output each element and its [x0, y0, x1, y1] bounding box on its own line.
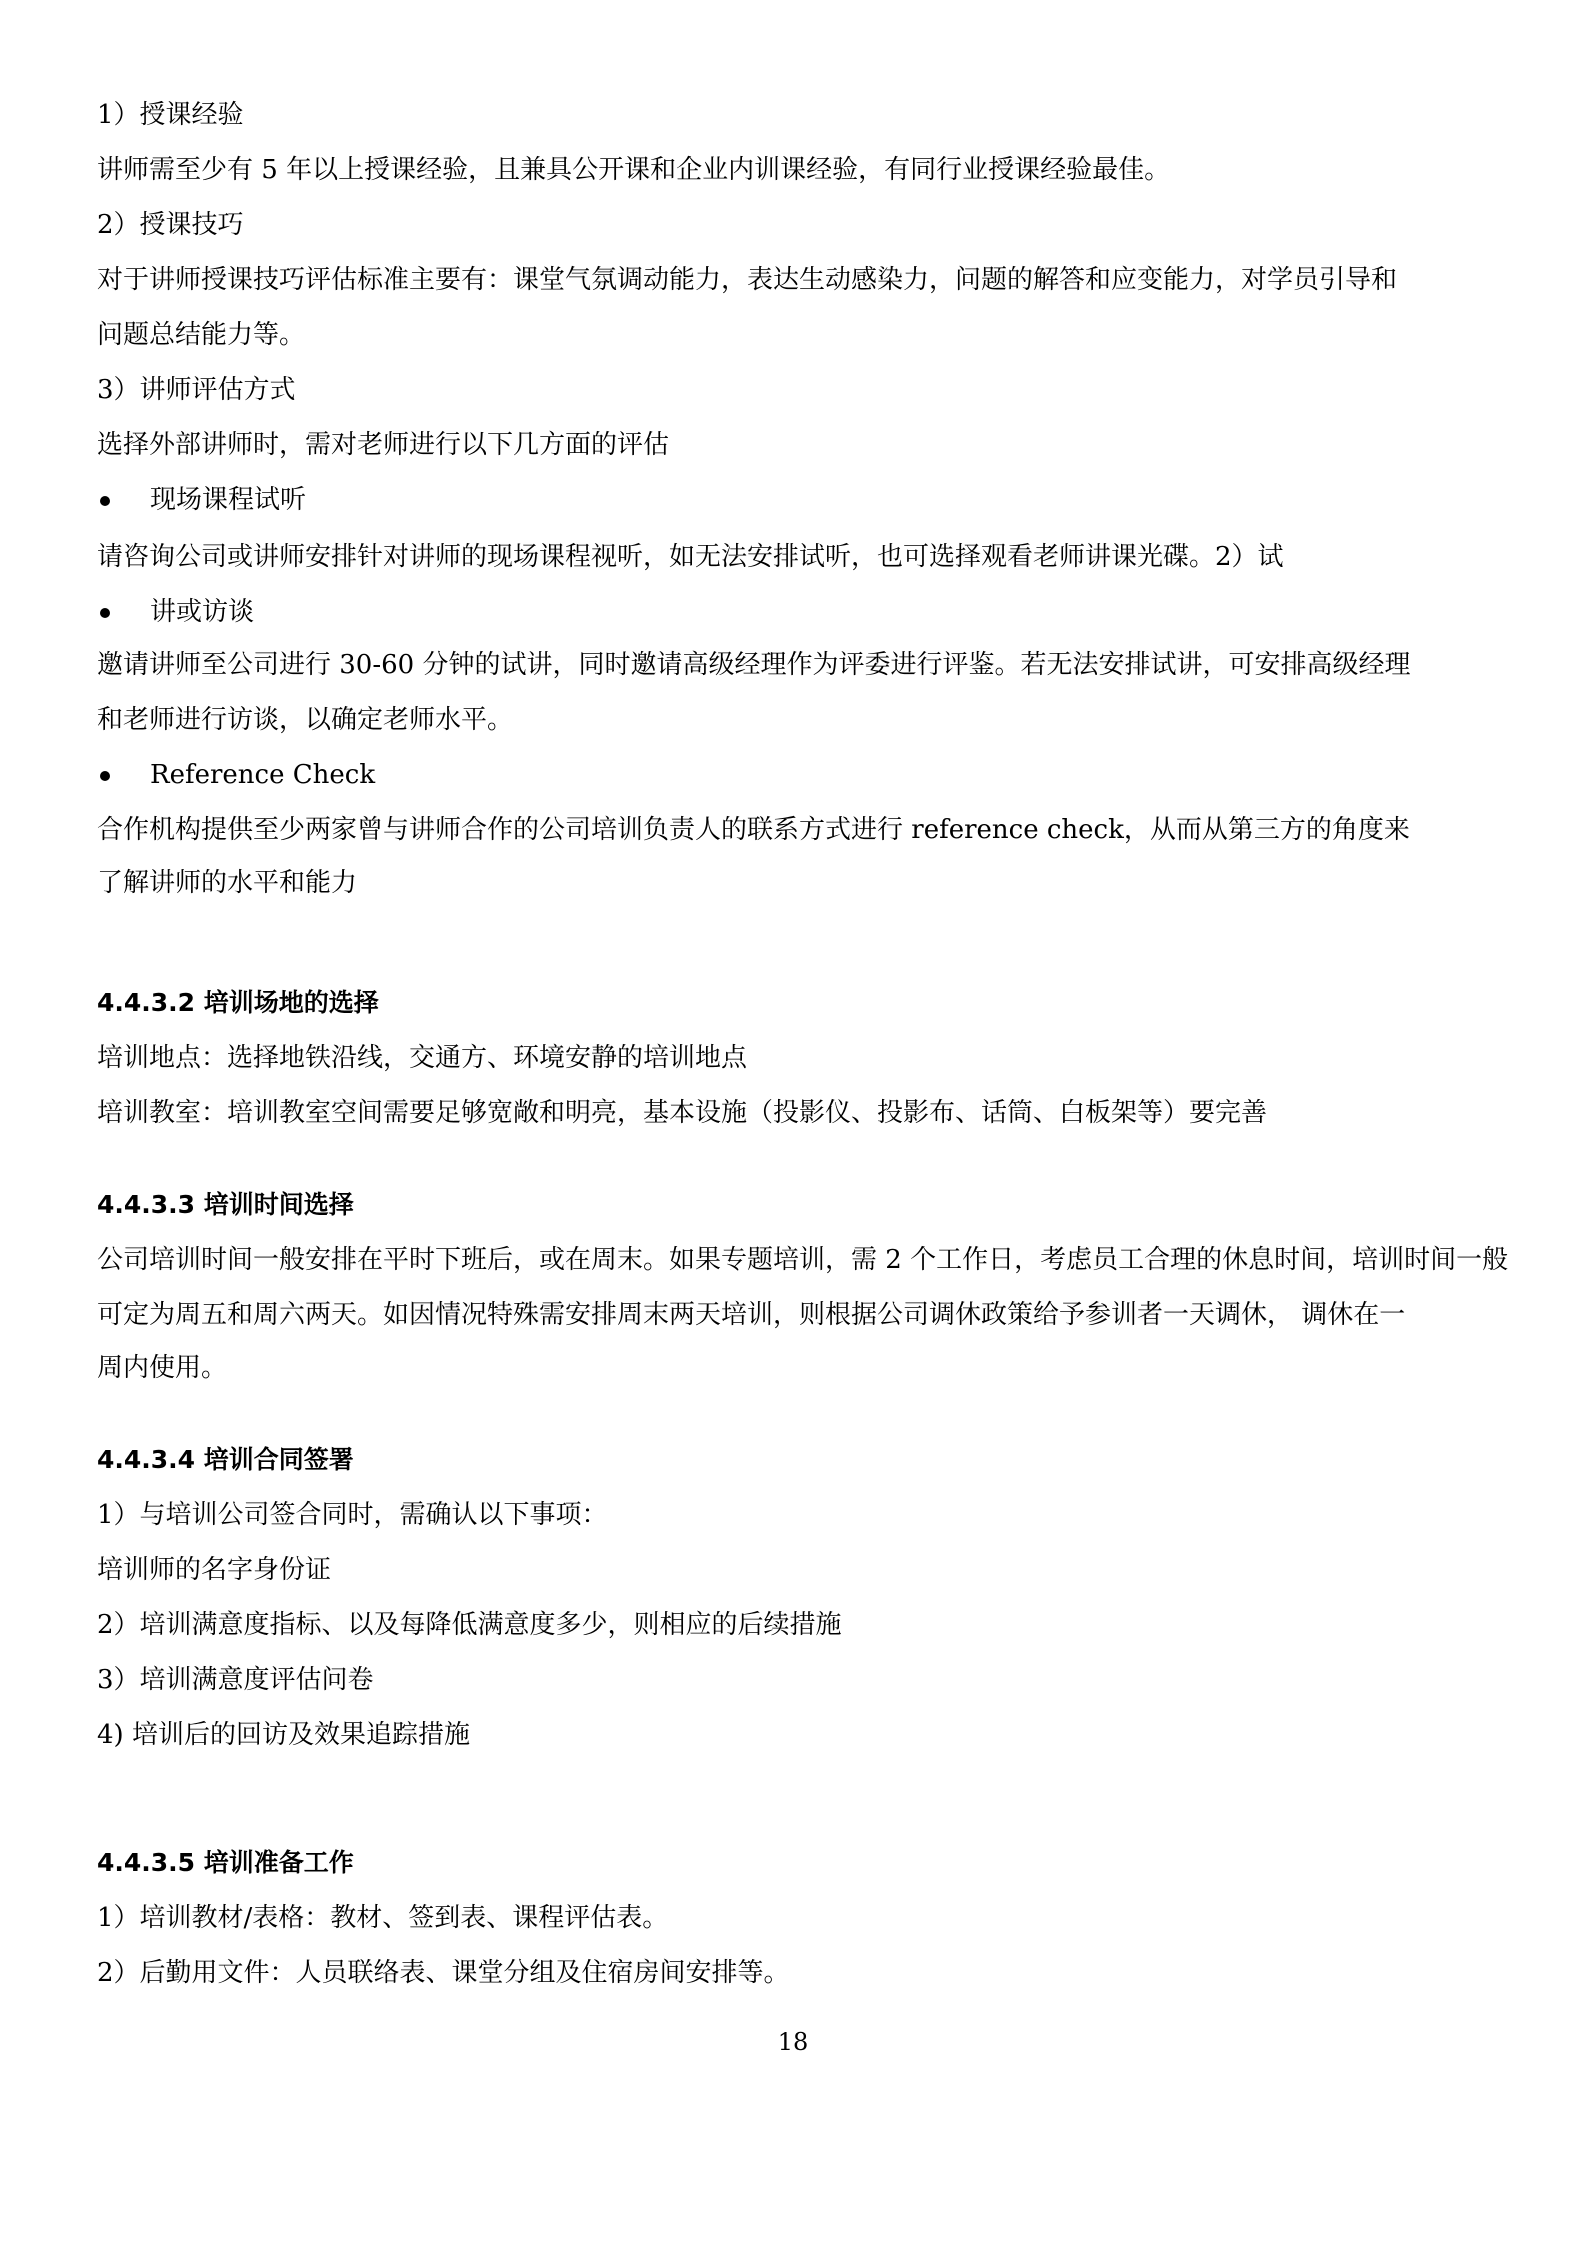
body-text-line: 3）培训满意度评估问卷: [97, 1663, 374, 1697]
bullet-icon: [100, 608, 110, 618]
body-text-line: 培训地点：选择地铁沿线，交通方、环境安静的培训地点: [97, 1041, 747, 1075]
body-text-line: 选择外部讲师时，需对老师进行以下几方面的评估: [97, 428, 669, 462]
body-text-line: 公司培训时间一般安排在平时下班后，或在周末。如果专题培训，需 2 个工作日，考虑…: [97, 1243, 1508, 1277]
bullet-text: 现场课程试听: [150, 485, 306, 515]
bullet-icon: [100, 496, 110, 506]
body-text-line: 问题总结能力等。: [97, 318, 305, 352]
body-text-line: 对于讲师授课技巧评估标准主要有：课堂气氛调动能力，表达生动感染力，问题的解答和应…: [97, 263, 1397, 297]
bullet-text: Reference Check: [150, 760, 375, 790]
page-number: 18: [0, 2027, 1586, 2057]
body-text-line: 2）培训满意度指标、以及每降低满意度多少，则相应的后续措施: [97, 1608, 842, 1642]
body-text-line: 邀请讲师至公司进行 30-60 分钟的试讲，同时邀请高级经理作为评委进行评鉴。若…: [97, 648, 1410, 682]
body-text-line: 1）培训教材/表格：教材、签到表、课程评估表。: [97, 1901, 668, 1935]
body-text-line: 合作机构提供至少两家曾与讲师合作的公司培训负责人的联系方式进行 referenc…: [97, 813, 1410, 847]
section-heading: 4.4.3.4 培训合同签署: [97, 1443, 354, 1477]
body-text-line: 1）与培训公司签合同时，需确认以下事项：: [97, 1498, 608, 1532]
body-text-line: 2）后勤用文件：人员联络表、课堂分组及住宿房间安排等。: [97, 1956, 790, 1990]
body-text-line: 了解讲师的水平和能力: [97, 866, 357, 900]
bullet-item: 讲或访谈: [97, 595, 254, 629]
body-text-line: 2）授课技巧: [97, 208, 244, 242]
section-heading: 4.4.3.3 培训时间选择: [97, 1188, 354, 1222]
body-text-line: 周内使用。: [97, 1351, 227, 1385]
body-text-line: 4) 培训后的回访及效果追踪措施: [97, 1718, 470, 1752]
body-text-line: 可定为周五和周六两天。如因情况特殊需安排周末两天培训，则根据公司调休政策给予参训…: [97, 1298, 1405, 1332]
section-heading: 4.4.3.5 培训准备工作: [97, 1846, 354, 1880]
bullet-item: 现场课程试听: [97, 483, 306, 517]
bullet-text: 讲或访谈: [150, 597, 254, 627]
body-text-line: 和老师进行访谈，以确定老师水平。: [97, 703, 513, 737]
bullet-icon: [100, 771, 110, 781]
section-heading: 4.4.3.2 培训场地的选择: [97, 986, 379, 1020]
body-text-line: 讲师需至少有 5 年以上授课经验，且兼具公开课和企业内训课经验，有同行业授课经验…: [97, 153, 1170, 187]
body-text-line: 请咨询公司或讲师安排针对讲师的现场课程视听，如无法安排试听，也可选择观看老师讲课…: [97, 540, 1284, 574]
body-text-line: 培训教室：培训教室空间需要足够宽敞和明亮，基本设施（投影仪、投影布、话筒、白板架…: [97, 1096, 1267, 1130]
body-text-line: 3）讲师评估方式: [97, 373, 296, 407]
bullet-item: Reference Check: [97, 758, 375, 792]
body-text-line: 培训师的名字身份证: [97, 1553, 331, 1587]
body-text-line: 1）授课经验: [97, 98, 244, 132]
